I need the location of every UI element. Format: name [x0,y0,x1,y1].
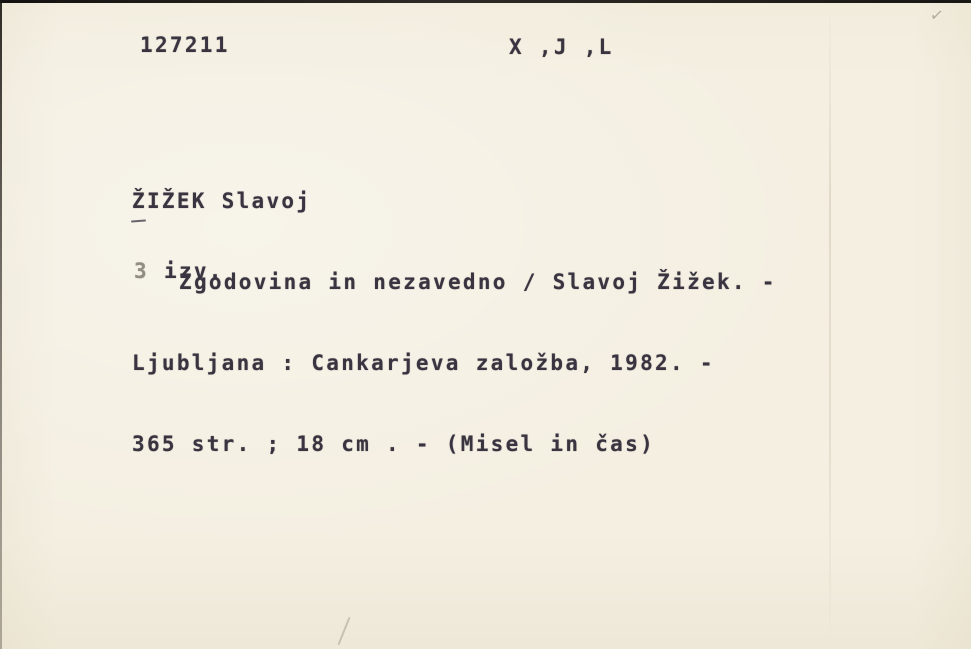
title-statement-line: Zgodovina in nezavedno / Slavoj Žižek. - [132,269,777,296]
pencil-stray-mark [337,617,350,646]
card-top-edge [0,0,971,3]
author-heading: ŽIŽEK Slavoj [132,188,777,215]
catalog-card: 127211 X ,J ,L ŽIŽEK Slavoj Zgodovina in… [0,0,971,649]
card-left-edge [0,0,2,649]
copies-count: 3 [134,258,149,285]
pencil-checkmark-icon: ✓ [930,3,944,26]
copies-label: izv. [164,258,224,285]
classification-code: X ,J ,L [509,34,614,61]
bibliographic-entry: ŽIŽEK Slavoj Zgodovina in nezavedno / Sl… [132,134,777,512]
inventory-number: 127211 [140,32,230,59]
copies-note: 3 izv. [134,258,224,285]
collation-line: 365 str. ; 18 cm . - (Misel in čas) [132,431,777,458]
publication-line: Ljubljana : Cankarjeva založba, 1982. - [132,350,777,377]
paper-crease [829,0,831,649]
